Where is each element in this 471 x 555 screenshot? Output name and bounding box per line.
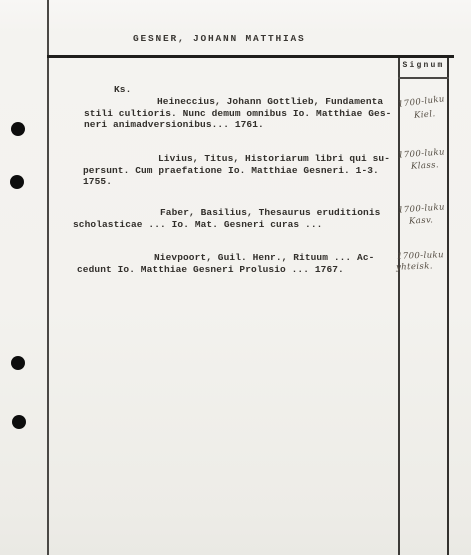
signum-annotation: 1700-luku [398,202,446,215]
entry-line: persunt. Cum praefatione Io. Matthiae Ge… [83,165,379,176]
card-top-rule [47,55,454,58]
signum-header-bottom-border [398,77,449,79]
entry-line: Livius, Titus, Historiarum libri qui su- [158,153,390,164]
signum-annotation: 1700-luku [398,94,446,110]
signum-column-header: Signum [398,61,449,70]
entry-line: 1755. [83,176,112,187]
entry-line: Nievpoort, Guil. Henr., Rituum ... Ac- [154,252,374,263]
signum-column-right-border [447,58,449,555]
signum-column-left-border [398,58,400,555]
catalog-card-scan: GESNER, JOHANN MATTHIAS Signum Ks. Heine… [0,0,471,555]
hole-punch-dot [11,122,25,136]
entry-line: cedunt Io. Matthiae Gesneri Prolusio ...… [77,264,344,275]
signum-annotation: Kasv. [409,215,434,226]
signum-annotation: yhteisk. [396,261,433,272]
signum-annotation: Klass. [411,160,439,171]
card-heading: GESNER, JOHANN MATTHIAS [133,33,306,44]
entry-line: stili cultioris. Nunc demum omnibus Io. … [84,108,391,119]
entry-line: Heineccius, Johann Gottlieb, Fundamenta [157,96,383,107]
left-margin-rule [47,0,49,555]
hole-punch-dot [10,175,24,189]
entry-line: Faber, Basilius, Thesaurus eruditionis [160,207,380,218]
hole-punch-dot [12,415,26,429]
signum-annotation: Kiel. [414,109,436,121]
entry-class-label: Ks. [114,84,131,95]
signum-annotation: 1700-luku [397,250,444,262]
hole-punch-dot [11,356,25,370]
signum-annotation: 1700-luku [398,147,446,160]
entry-line: scholasticae ... Io. Mat. Gesneri curas … [73,219,322,230]
entry-line: neri animadversionibus... 1761. [84,119,264,130]
